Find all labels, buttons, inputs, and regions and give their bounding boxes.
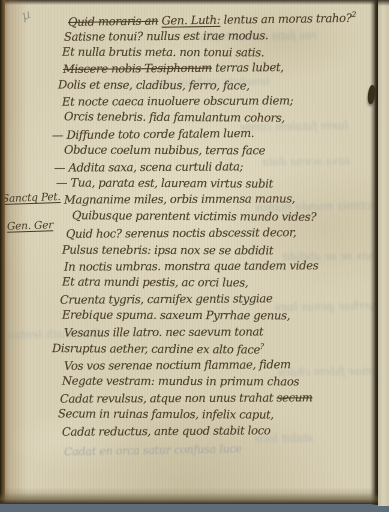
poem-line: Secum in ruinas famulos, infelix caput, bbox=[58, 406, 274, 421]
poem-line: Cruenta tygris, carnifex gentis stygiae bbox=[60, 291, 273, 306]
poem-line: Cadat revulsus, atque non unus trahat se… bbox=[60, 390, 313, 405]
poem-line: Quibusque parentent victimis mundo vides… bbox=[72, 208, 316, 224]
margin-note-sanctus-pet: Sanctq Pet. bbox=[2, 191, 61, 205]
binding-gutter bbox=[0, 0, 5, 503]
poem-line: Quid moraris an Gen. Luth: lentus an mor… bbox=[68, 10, 356, 29]
poem-line: — Diffunde toto corde fatalem luem. bbox=[52, 126, 254, 142]
poem-line: Erebique spuma. saxeum Pyrrhae genus, bbox=[62, 308, 290, 323]
poem-line: Vesanus ille latro. nec saevum tonat bbox=[64, 324, 263, 339]
bleedthrough-line: saxa scena data bbox=[262, 154, 351, 169]
faded-annotation: Cadat en orca satur confusa luce bbox=[64, 442, 242, 458]
poem-line: Negate vestram: mundus in primum chaos bbox=[62, 374, 299, 389]
poem-line: Obduce coelum nubibus, terras face bbox=[64, 143, 265, 158]
poem-line: Magnanime miles, orbis immensa manus, bbox=[64, 191, 295, 206]
poem-line: — Tua, parata est, lauream virtus subit bbox=[56, 175, 273, 190]
poem-line: Pulsus tenebris: ipsa nox se se abdidit bbox=[62, 243, 273, 258]
poem-line: In noctis umbras. monstra quae tandem vi… bbox=[64, 258, 318, 273]
manuscript-page: µ res fatis moras trahotenebris umbras o… bbox=[0, 0, 377, 503]
poem-line: Quid hoc? serenus noctis abscessit decor… bbox=[66, 225, 296, 241]
poem-line: Satisne tonui? nullus est irae modus. bbox=[64, 28, 268, 43]
adjacent-page-edge bbox=[378, 0, 389, 506]
poem-line: Et atra mundi pestis, ac orci lues, bbox=[62, 275, 248, 290]
poem-line: Disruptus aether, cardine ex alto face? bbox=[52, 340, 264, 356]
page-bottom-edge bbox=[0, 493, 378, 504]
pencil-mark: µ bbox=[20, 7, 33, 24]
poem-line: Cadat reductus, ante quod stabit loco bbox=[62, 423, 271, 438]
poem-line: Et nocte caeca inuoluere obscurum diem; bbox=[62, 93, 293, 108]
poem-line: Dolis et ense, cladibus, ferro, face, bbox=[58, 77, 250, 92]
poem-line: — Addita saxa, scena curtuli data; bbox=[54, 159, 243, 174]
margin-note-gen-ger: Gen. Ger bbox=[7, 219, 53, 233]
manuscript-photo: µ res fatis moras trahotenebris umbras o… bbox=[0, 0, 389, 512]
page-crease bbox=[370, 0, 378, 505]
poem-line: Orcis tenebris. fida famulantum cohors, bbox=[64, 109, 285, 125]
poem-line: Miscere nobis Tesiphonum terras lubet, bbox=[63, 60, 284, 76]
poem-line: Vos vos serenae noctium flammae, fidem bbox=[64, 357, 291, 373]
poem-line: Et nulla brutis meta. non tonui satis. bbox=[62, 45, 264, 60]
bleedthrough-line: pyrrhae genus lues bbox=[275, 299, 382, 314]
